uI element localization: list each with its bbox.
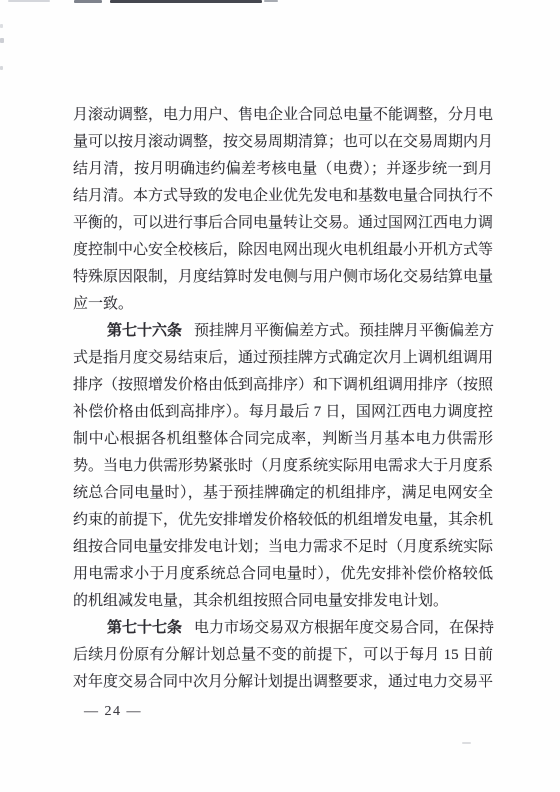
scan-artifact-top-3: [110, 0, 262, 3]
scan-artifact-left-1: [0, 24, 3, 28]
line-text: 电力市场交易双方根据年度交易合同，在保持: [194, 620, 494, 636]
line-text: 预挂牌月平衡偏差方式。预挂牌月平衡偏差方: [194, 323, 494, 339]
text-line: 排序（按照增发价格由低到高排序）和下调机组调用排序（按照: [73, 372, 493, 399]
article-number: 第七十六条: [107, 323, 182, 339]
text-line: 月滚动调整，电力用户、售电企业合同总电量不能调整，分月电: [73, 102, 493, 129]
text-line: 制中心根据各机组整体合同完成率，判断当月基本电力供需形: [73, 426, 493, 453]
article-heading-line: 第七十六条预挂牌月平衡偏差方式。预挂牌月平衡偏差方: [73, 318, 493, 345]
scan-artifact-top-2: [74, 0, 102, 3]
text-line: 度控制中心安全校核后，除因电网出现火电机组最小开机方式等: [73, 237, 493, 264]
text-line: 结月清，按月明确违约偏差考核电量（电费）；并逐步统一到月: [73, 156, 493, 183]
text-line: 对年度交易合同中次月分解计划提出调整要求，通过电力交易平: [73, 669, 493, 696]
text-line: 的机组减发电量，其余机组按照合同电量安排发电计划。: [73, 588, 493, 615]
text-line: 约束的前提下，优先安排增发价格较低的机组增发电量，其余机: [73, 507, 493, 534]
text-line: 式是指月度交易结束后，通过预挂牌方式确定次月上调机组调用: [73, 345, 493, 372]
text-line: 后续月份原有分解计划总量不变的前提下，可以于每月 15 日前: [73, 642, 493, 669]
scan-artifact-top-1: [8, 0, 50, 2]
scan-artifact-left-3: [0, 66, 3, 70]
page-number: — 24 —: [84, 702, 142, 722]
text-line: 势。当电力供需形势紧张时（月度系统实际用电需求大于月度系: [73, 453, 493, 480]
scan-artifact-left-2: [0, 38, 4, 43]
article-heading-line: 第七十七条电力市场交易双方根据年度交易合同，在保持: [73, 615, 493, 642]
text-line: 特殊原因限制，月度结算时发电侧与用户侧市场化交易结算电量: [73, 264, 493, 291]
document-page: 月滚动调整，电力用户、售电企业合同总电量不能调整，分月电量可以按月滚动调整，按交…: [0, 0, 560, 792]
scan-artifact-top-4: [264, 0, 278, 2]
text-line: 补偿价格由低到高排序）。每月最后 7 日，国网江西电力调度控: [73, 399, 493, 426]
text-line: 量可以按月滚动调整，按交易周期清算；也可以在交易周期内月: [73, 129, 493, 156]
text-line: 平衡的，可以进行事后合同电量转让交易。通过国网江西电力调: [73, 210, 493, 237]
article-number: 第七十七条: [107, 620, 182, 636]
text-line: 统总合同电量时），基于预挂牌确定的机组排序，满足电网安全: [73, 480, 493, 507]
document-text: 月滚动调整，电力用户、售电企业合同总电量不能调整，分月电量可以按月滚动调整，按交…: [73, 102, 493, 696]
text-line: 用电需求小于月度系统总合同电量时），优先安排补偿价格较低: [73, 561, 493, 588]
text-line: 应一致。: [73, 291, 493, 318]
text-line: 组按合同电量安排发电计划；当电力需求不足时（月度系统实际: [73, 534, 493, 561]
text-line: 结月清。本方式导致的发电企业优先发电和基数电量合同执行不: [73, 183, 493, 210]
scan-artifact-spot-1: [462, 742, 471, 744]
